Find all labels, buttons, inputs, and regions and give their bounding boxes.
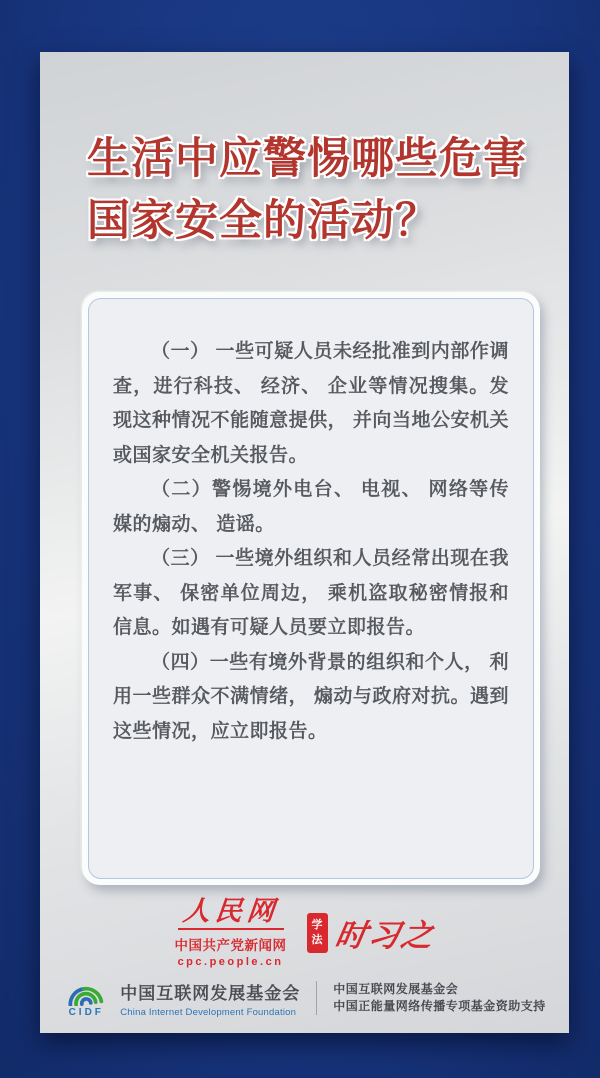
content-box: （一） 一些可疑人员未经批准到内部作调查，进行科技、 经济、 企业等情况搜集。发… (82, 292, 540, 885)
title-line-1: 生活中应警惕哪些危害 (87, 128, 527, 190)
title-line-2: 国家安全的活动？ (87, 190, 527, 252)
content-panel: （一） 一些可疑人员未经批准到内部作调查，进行科技、 经济、 企业等情况搜集。发… (88, 298, 534, 879)
cidf-arcs-icon (63, 978, 109, 1006)
support-line-2: 中国正能量网络传播专项基金资助支持 (333, 998, 546, 1015)
cidf-names: 中国互联网发展基金会 China Internet Development Fo… (120, 979, 300, 1018)
people-net-url: cpc.people.cn (178, 956, 284, 968)
cidf-footer-row: CIDF 中国互联网发展基金会 China Internet Developme… (40, 978, 569, 1018)
cidf-name-en: China Internet Development Foundation (120, 1007, 300, 1018)
xuefa-badge: 学法 (307, 913, 328, 953)
content-paragraph-1: （一） 一些可疑人员未经批准到内部作调查，进行科技、 经济、 企业等情况搜集。发… (113, 335, 509, 473)
support-line-1: 中国互联网发展基金会 (333, 981, 546, 998)
poster-card: 生活中应警惕哪些危害 国家安全的活动？ （一） 一些可疑人员未经批准到内部作调查… (40, 52, 569, 1033)
content-paragraph-4: （四）一些有境外背景的组织和个人， 利用一些群众不满情绪， 煽动与政府对抗。遇到… (113, 646, 509, 750)
content-paragraph-2: （二）警惕境外电台、 电视、 网络等传媒的煽动、 造谣。 (113, 473, 509, 542)
cidf-acronym: CIDF (69, 1007, 104, 1018)
people-daily-logo: 人民网 中国共产党新闻网 cpc.people.cn (175, 897, 287, 968)
brand-logos-row: 人民网 中国共产党新闻网 cpc.people.cn 学法 时习之 (40, 897, 569, 968)
footer-divider (316, 981, 317, 1015)
support-credit: 中国互联网发展基金会 中国正能量网络传播专项基金资助支持 (333, 981, 546, 1015)
xuefa-shixizhi-logo: 学法 时习之 (307, 910, 435, 955)
people-net-script-wordmark: 人民网 (181, 897, 280, 927)
people-net-site-name: 中国共产党新闻网 (175, 934, 287, 954)
cidf-name-cn: 中国互联网发展基金会 (120, 979, 300, 1004)
content-paragraph-3: （三） 一些境外组织和人员经常出现在我军事、 保密单位周边， 乘机盗取秘密情报和… (113, 542, 509, 646)
poster-title: 生活中应警惕哪些危害 国家安全的活动？ (87, 128, 527, 252)
shixizhi-wordmark: 时习之 (332, 910, 439, 955)
cidf-logo: CIDF (63, 978, 109, 1018)
people-net-underline (178, 928, 284, 930)
poster-background: 生活中应警惕哪些危害 国家安全的活动？ （一） 一些可疑人员未经批准到内部作调查… (0, 0, 600, 1078)
